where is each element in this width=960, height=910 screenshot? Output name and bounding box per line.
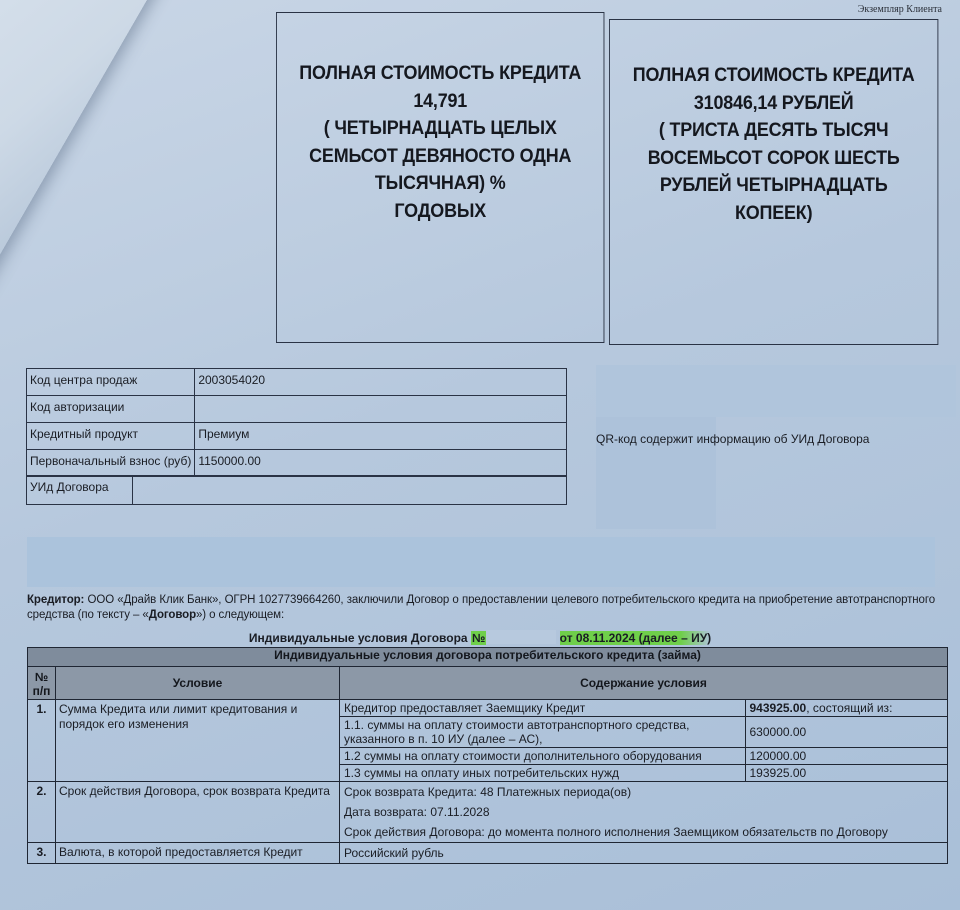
content-line: Российский рубль bbox=[340, 843, 947, 863]
cost-percent-line: ПОЛНАЯ СТОИМОСТЬ КРЕДИТА bbox=[277, 60, 604, 88]
loan-breakdown: Кредитор предоставляет Заемщику Кредит 9… bbox=[340, 700, 947, 781]
info-row-authorization: Код авторизации bbox=[27, 396, 567, 423]
content-line: Срок возврата Кредита: 48 Платежных пери… bbox=[340, 782, 947, 802]
col-header-content: Содержание условия bbox=[340, 667, 948, 700]
row-condition: Сумма Кредита или лимит кредитования и п… bbox=[56, 700, 340, 782]
conditions-table: Индивидуальные условия договора потребит… bbox=[27, 647, 948, 864]
info-row-down-payment: Первоначальный взнос (руб) 1150000.00 bbox=[27, 450, 567, 477]
row-content: Российский рубль bbox=[340, 843, 948, 864]
cost-rub-line: 310846,14 РУБЛЕЙ bbox=[610, 90, 938, 118]
redacted-qr-code bbox=[596, 365, 956, 417]
cost-rub-line: КОПЕЕК) bbox=[610, 200, 938, 228]
info-value bbox=[195, 396, 567, 423]
breakdown-amount: 193925.00 bbox=[745, 765, 947, 782]
row-num: 1. bbox=[28, 700, 56, 782]
qr-caption: QR-код содержит информацию об УИд Догово… bbox=[596, 432, 869, 446]
cost-percent-line: 14,791 bbox=[277, 88, 604, 116]
loan-total: 943925.00 bbox=[750, 701, 807, 715]
table-row: 2. Срок действия Договора, срок возврата… bbox=[28, 782, 948, 843]
cost-percent-line: СЕМЬСОТ ДЕВЯНОСТО ОДНА bbox=[277, 143, 604, 171]
content-line: Срок действия Договора: до момента полно… bbox=[340, 822, 947, 842]
amount-suffix: , состоящий из: bbox=[806, 701, 892, 715]
intro-paragraph: Кредитор: ООО «Драйв Клик Банк», ОГРН 10… bbox=[27, 593, 935, 623]
cost-percent-line: ГОДОВЫХ bbox=[277, 198, 604, 226]
breakdown-row: 1.2 суммы на оплату стоимости дополнител… bbox=[340, 748, 947, 765]
creditor-label: Кредитор: bbox=[27, 594, 84, 606]
conditions-band-title: Индивидуальные условия договора потребит… bbox=[28, 648, 948, 667]
cost-rub-line: ВОСЕМЬСОТ СОРОК ШЕСТЬ bbox=[610, 145, 938, 173]
row-condition: Срок действия Договора, срок возврата Кр… bbox=[56, 782, 340, 843]
contract-number-sign: № bbox=[471, 631, 486, 645]
content-line: Дата возврата: 07.11.2028 bbox=[340, 802, 947, 822]
info-value: Премиум bbox=[195, 423, 567, 450]
redacted-contract-number bbox=[486, 630, 556, 644]
breakdown-amount: 120000.00 bbox=[745, 748, 947, 765]
total-cost-rub-box: ПОЛНАЯ СТОИМОСТЬ КРЕДИТА 310846,14 РУБЛЕ… bbox=[609, 19, 938, 345]
info-label: Кредитный продукт bbox=[27, 423, 195, 450]
table-row: 1. Сумма Кредита или лимит кредитования … bbox=[28, 700, 948, 782]
conditions-band: Индивидуальные условия договора потребит… bbox=[28, 648, 948, 667]
cost-percent-line: ТЫСЯЧНАЯ) % bbox=[277, 170, 604, 198]
cost-rub-line: ( ТРИСТА ДЕСЯТЬ ТЫСЯЧ bbox=[610, 117, 938, 145]
info-label: Первоначальный взнос (руб) bbox=[27, 450, 195, 477]
info-row-sales-center: Код центра продаж 2003054020 bbox=[27, 369, 567, 396]
info-label: Код авторизации bbox=[27, 396, 195, 423]
table-row: 3. Валюта, в которой предоставляется Кре… bbox=[28, 843, 948, 864]
row-num: 2. bbox=[28, 782, 56, 843]
row-condition: Валюта, в которой предоставляется Кредит bbox=[56, 843, 340, 864]
breakdown-amount: 943925.00, состоящий из: bbox=[745, 700, 947, 717]
info-label: Код центра продаж bbox=[27, 369, 195, 396]
info-value: 2003054020 bbox=[195, 369, 567, 396]
cost-rub-line: РУБЛЕЙ ЧЕТЫРНАДЦАТЬ bbox=[610, 172, 938, 200]
folded-page-corner bbox=[0, 0, 170, 290]
breakdown-text: 1.2 суммы на оплату стоимости дополнител… bbox=[340, 748, 745, 765]
total-cost-percent-box: ПОЛНАЯ СТОИМОСТЬ КРЕДИТА 14,791 ( ЧЕТЫРН… bbox=[276, 12, 604, 343]
row-content: Кредитор предоставляет Заемщику Кредит 9… bbox=[340, 700, 948, 782]
breakdown-text: Кредитор предоставляет Заемщику Кредит bbox=[340, 700, 745, 717]
row-num: 3. bbox=[28, 843, 56, 864]
copy-label: Экземпляр Клиента bbox=[858, 4, 942, 15]
title-prefix: Индивидуальные условия Договора bbox=[249, 631, 471, 645]
info-row-product: Кредитный продукт Премиум bbox=[27, 423, 567, 450]
col-header-num: № п/п bbox=[28, 667, 56, 700]
breakdown-amount: 630000.00 bbox=[745, 717, 947, 748]
contract-date: от 08.11.2024 (далее – ИУ) bbox=[560, 631, 712, 645]
info-row-contract-uid: УИд Договора bbox=[26, 475, 567, 505]
redacted-borrower-info bbox=[27, 537, 935, 587]
cost-rub-line: ПОЛНАЯ СТОИМОСТЬ КРЕДИТА bbox=[610, 62, 938, 90]
breakdown-text: 1.3 суммы на оплату иных потребительских… bbox=[340, 765, 745, 782]
col-header-condition: Условие bbox=[56, 667, 340, 700]
cost-percent-line: ( ЧЕТЫРНАДЦАТЬ ЦЕЛЫХ bbox=[277, 115, 604, 143]
row-content: Срок возврата Кредита: 48 Платежных пери… bbox=[340, 782, 948, 843]
conditions-header: № п/п Условие Содержание условия bbox=[28, 667, 948, 700]
info-label: УИд Договора bbox=[30, 480, 109, 494]
contract-word: Договор bbox=[149, 609, 196, 621]
breakdown-row: Кредитор предоставляет Заемщику Кредит 9… bbox=[340, 700, 947, 717]
info-value: 1150000.00 bbox=[195, 450, 567, 477]
contract-info-table: Код центра продаж 2003054020 Код авториз… bbox=[26, 368, 567, 477]
breakdown-row: 1.1. суммы на оплату стоимости автотранс… bbox=[340, 717, 947, 748]
breakdown-text: 1.1. суммы на оплату стоимости автотранс… bbox=[340, 717, 745, 748]
cell-divider bbox=[132, 476, 133, 504]
individual-terms-title: Индивидуальные условия Договора № от 08.… bbox=[0, 630, 960, 645]
intro-text-end: ») о следующем: bbox=[196, 609, 284, 621]
breakdown-row: 1.3 суммы на оплату иных потребительских… bbox=[340, 765, 947, 782]
